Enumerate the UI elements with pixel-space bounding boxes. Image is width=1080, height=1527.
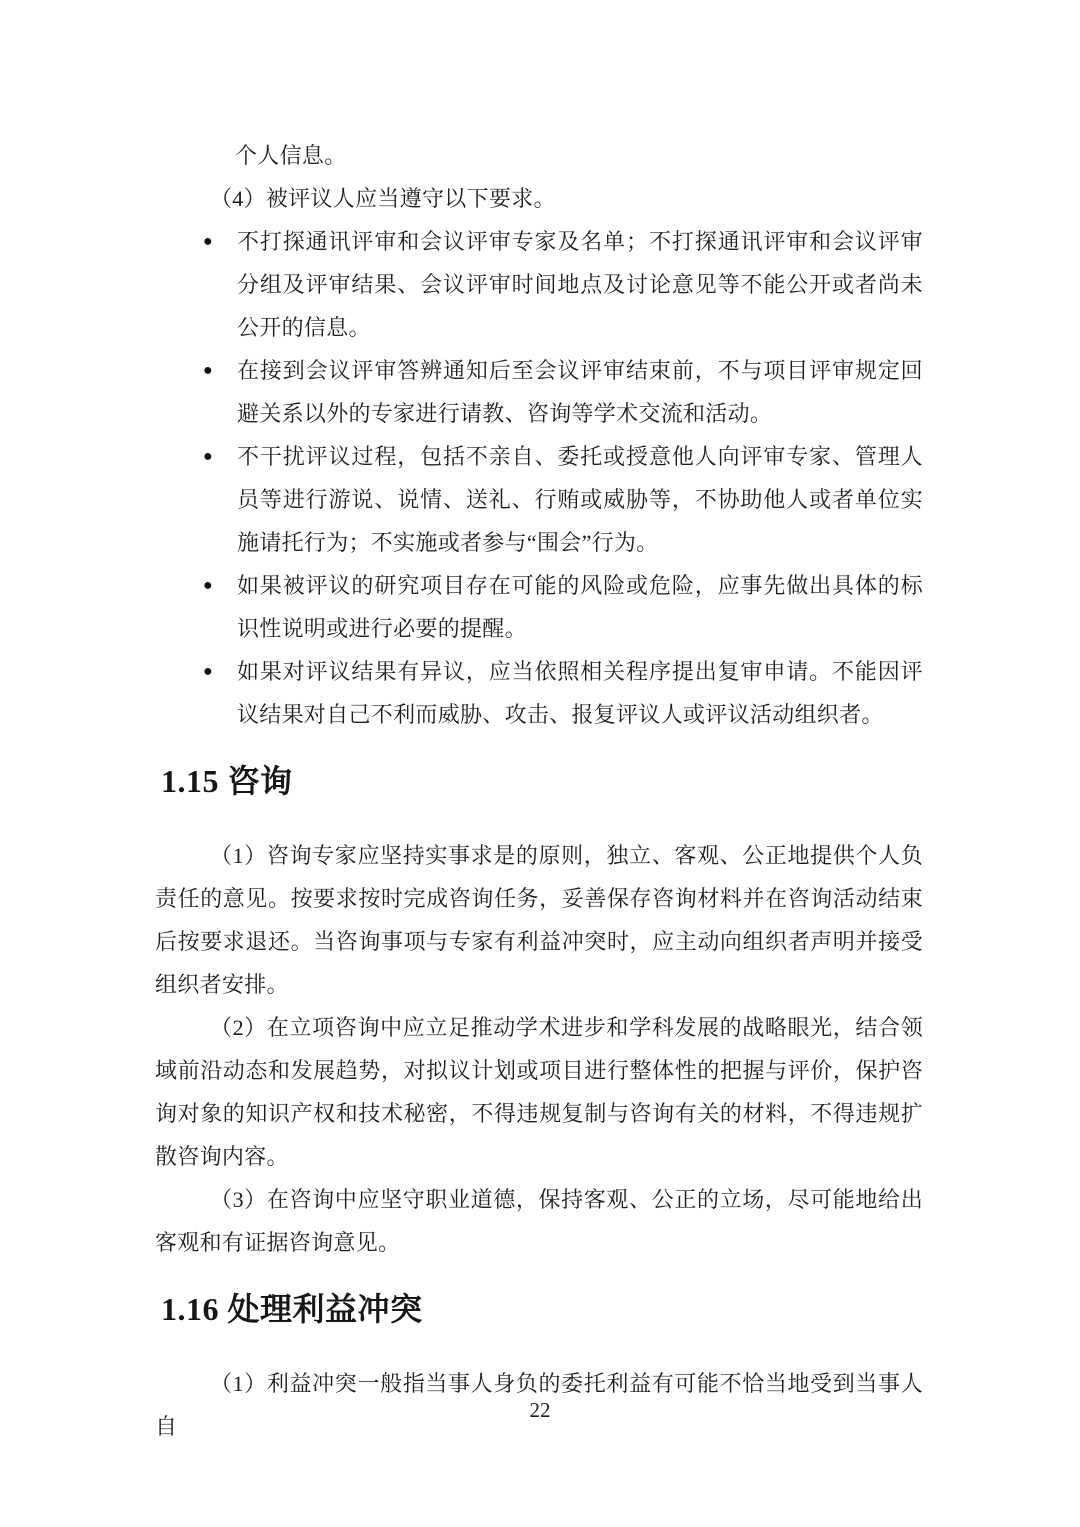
page-number: 22 xyxy=(0,1396,1080,1424)
bullet-item: ● 如果被评议的研究项目存在可能的风险或危险，应事先做出具体的标识性说明或进行必… xyxy=(155,564,923,650)
bullet-text: 不打探通讯评审和会议评审专家及名单；不打探通讯评审和会议评审分组及评审结果、会议… xyxy=(237,220,923,349)
bullet-item: ● 在接到会议评审答辨通知后至会议评审结束前，不与项目评审规定回避关系以外的专家… xyxy=(155,349,923,435)
bullet-icon: ● xyxy=(203,564,237,650)
paragraph: （2）在立项咨询中应立足推动学术进步和学科发展的战略眼光，结合领域前沿动态和发展… xyxy=(155,1006,923,1178)
paragraph: （3）在咨询中应坚守职业道德，保持客观、公正的立场，尽可能地给出客观和有证据咨询… xyxy=(155,1178,923,1264)
paragraph-continuation: 个人信息。 xyxy=(155,134,923,177)
bullet-item: ● 不打探通讯评审和会议评审专家及名单；不打探通讯评审和会议评审分组及评审结果、… xyxy=(155,220,923,349)
paragraph: （1）咨询专家应坚持实事求是的原则，独立、客观、公正地提供个人负责任的意见。按要… xyxy=(155,834,923,1006)
bullet-list: ● 不打探通讯评审和会议评审专家及名单；不打探通讯评审和会议评审分组及评审结果、… xyxy=(155,220,923,736)
section-heading-1-16: 1.16 处理利益冲突 xyxy=(155,1289,923,1329)
bullet-text: 如果被评议的研究项目存在可能的风险或危险，应事先做出具体的标识性说明或进行必要的… xyxy=(237,564,923,650)
bullet-item: ● 不干扰评议过程，包括不亲自、委托或授意他人向评审专家、管理人员等进行游说、说… xyxy=(155,435,923,564)
page-body: 个人信息。 （4）被评议人应当遵守以下要求。 ● 不打探通讯评审和会议评审专家及… xyxy=(155,134,923,1448)
bullet-text: 不干扰评议过程，包括不亲自、委托或授意他人向评审专家、管理人员等进行游说、说情、… xyxy=(237,435,923,564)
bullet-icon: ● xyxy=(203,650,237,736)
bullet-text: 在接到会议评审答辨通知后至会议评审结束前，不与项目评审规定回避关系以外的专家进行… xyxy=(237,349,923,435)
bullet-text: 如果对评议结果有异议，应当依照相关程序提出复审申请。不能因评议结果对自己不利而威… xyxy=(237,650,923,736)
paragraph-item-4: （4）被评议人应当遵守以下要求。 xyxy=(155,177,923,220)
bullet-icon: ● xyxy=(203,349,237,435)
bullet-icon: ● xyxy=(203,220,237,349)
bullet-item: ● 如果对评议结果有异议，应当依照相关程序提出复审申请。不能因评议结果对自己不利… xyxy=(155,650,923,736)
section-heading-1-15: 1.15 咨询 xyxy=(155,761,923,801)
bullet-icon: ● xyxy=(203,435,237,564)
document-page: 个人信息。 （4）被评议人应当遵守以下要求。 ● 不打探通讯评审和会议评审专家及… xyxy=(0,0,1080,1527)
